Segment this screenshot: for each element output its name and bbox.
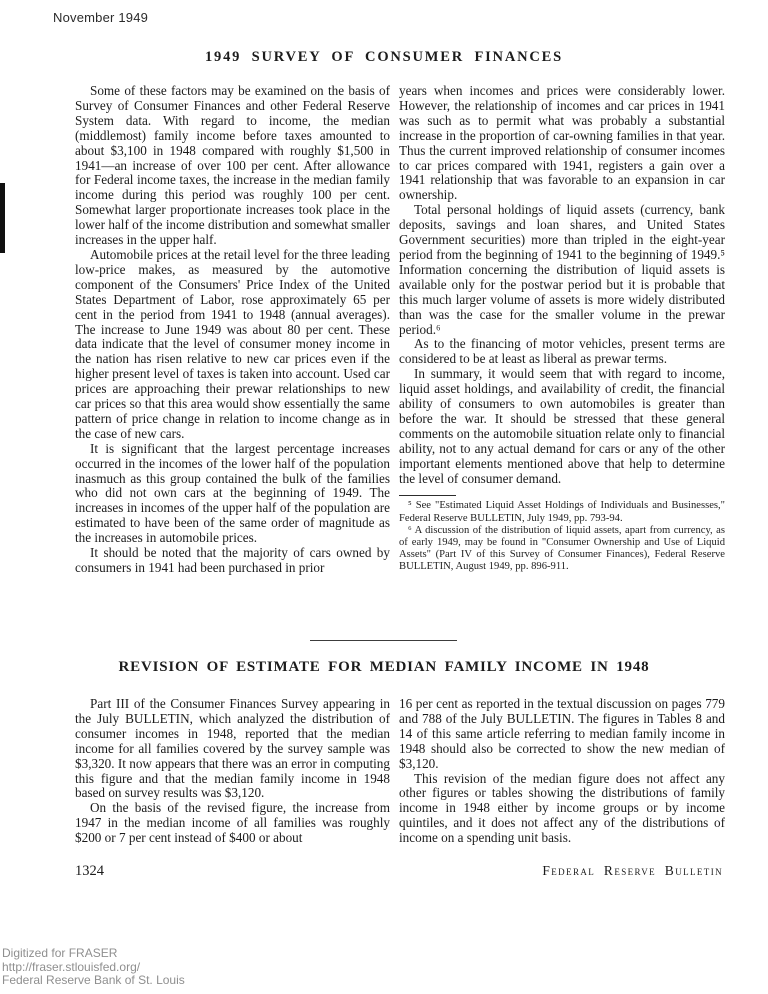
section-divider xyxy=(310,640,457,641)
running-head-date: November 1949 xyxy=(53,10,148,25)
paragraph: In summary, it would seem that with rega… xyxy=(399,367,725,486)
paragraph: Automobile prices at the retail level fo… xyxy=(75,248,390,442)
paragraph: Total personal holdings of liquid assets… xyxy=(399,203,725,337)
paragraph: This revision of the median figure does … xyxy=(399,772,725,847)
journal-name: Federal Reserve Bulletin xyxy=(542,863,723,879)
article-title-survey: 1949 SURVEY OF CONSUMER FINANCES xyxy=(0,49,768,66)
paragraph: Some of these factors may be examined on… xyxy=(75,84,390,248)
paragraph: It should be noted that the majority of … xyxy=(75,546,390,576)
revision-left-column: Part III of the Consumer Finances Survey… xyxy=(75,697,390,846)
page-number: 1324 xyxy=(75,863,104,880)
paragraph: Part III of the Consumer Finances Survey… xyxy=(75,697,390,801)
paragraph: On the basis of the revised figure, the … xyxy=(75,801,390,846)
fraser-stamp-line1: Digitized for FRASER xyxy=(2,947,185,961)
fraser-stamp-line3: Federal Reserve Bank of St. Louis xyxy=(2,974,185,988)
paragraph: 16 per cent as reported in the textual d… xyxy=(399,697,725,772)
scan-artifact-mark xyxy=(0,183,5,253)
paragraph: years when incomes and prices were consi… xyxy=(399,84,725,203)
fraser-digitization-stamp: Digitized for FRASER http://fraser.stlou… xyxy=(2,947,185,988)
article-survey-columns: Some of these factors may be examined on… xyxy=(75,84,725,576)
revision-right-column: 16 per cent as reported in the textual d… xyxy=(399,697,725,846)
survey-left-column: Some of these factors may be examined on… xyxy=(75,84,390,576)
fraser-stamp-url: http://fraser.stlouisfed.org/ xyxy=(2,961,185,975)
footnote-divider xyxy=(399,495,456,496)
footnote: ⁶ A discussion of the distribution of li… xyxy=(399,525,725,574)
article-title-revision: REVISION OF ESTIMATE FOR MEDIAN FAMILY I… xyxy=(0,659,768,676)
page-footer: 1324 Federal Reserve Bulletin xyxy=(75,863,723,880)
survey-right-column: years when incomes and prices were consi… xyxy=(399,84,725,576)
paragraph: As to the financing of motor vehicles, p… xyxy=(399,337,725,367)
article-revision-columns: Part III of the Consumer Finances Survey… xyxy=(75,697,725,846)
paragraph: It is significant that the largest perce… xyxy=(75,442,390,546)
footnote: ⁵ See "Estimated Liquid Asset Holdings o… xyxy=(399,500,725,524)
